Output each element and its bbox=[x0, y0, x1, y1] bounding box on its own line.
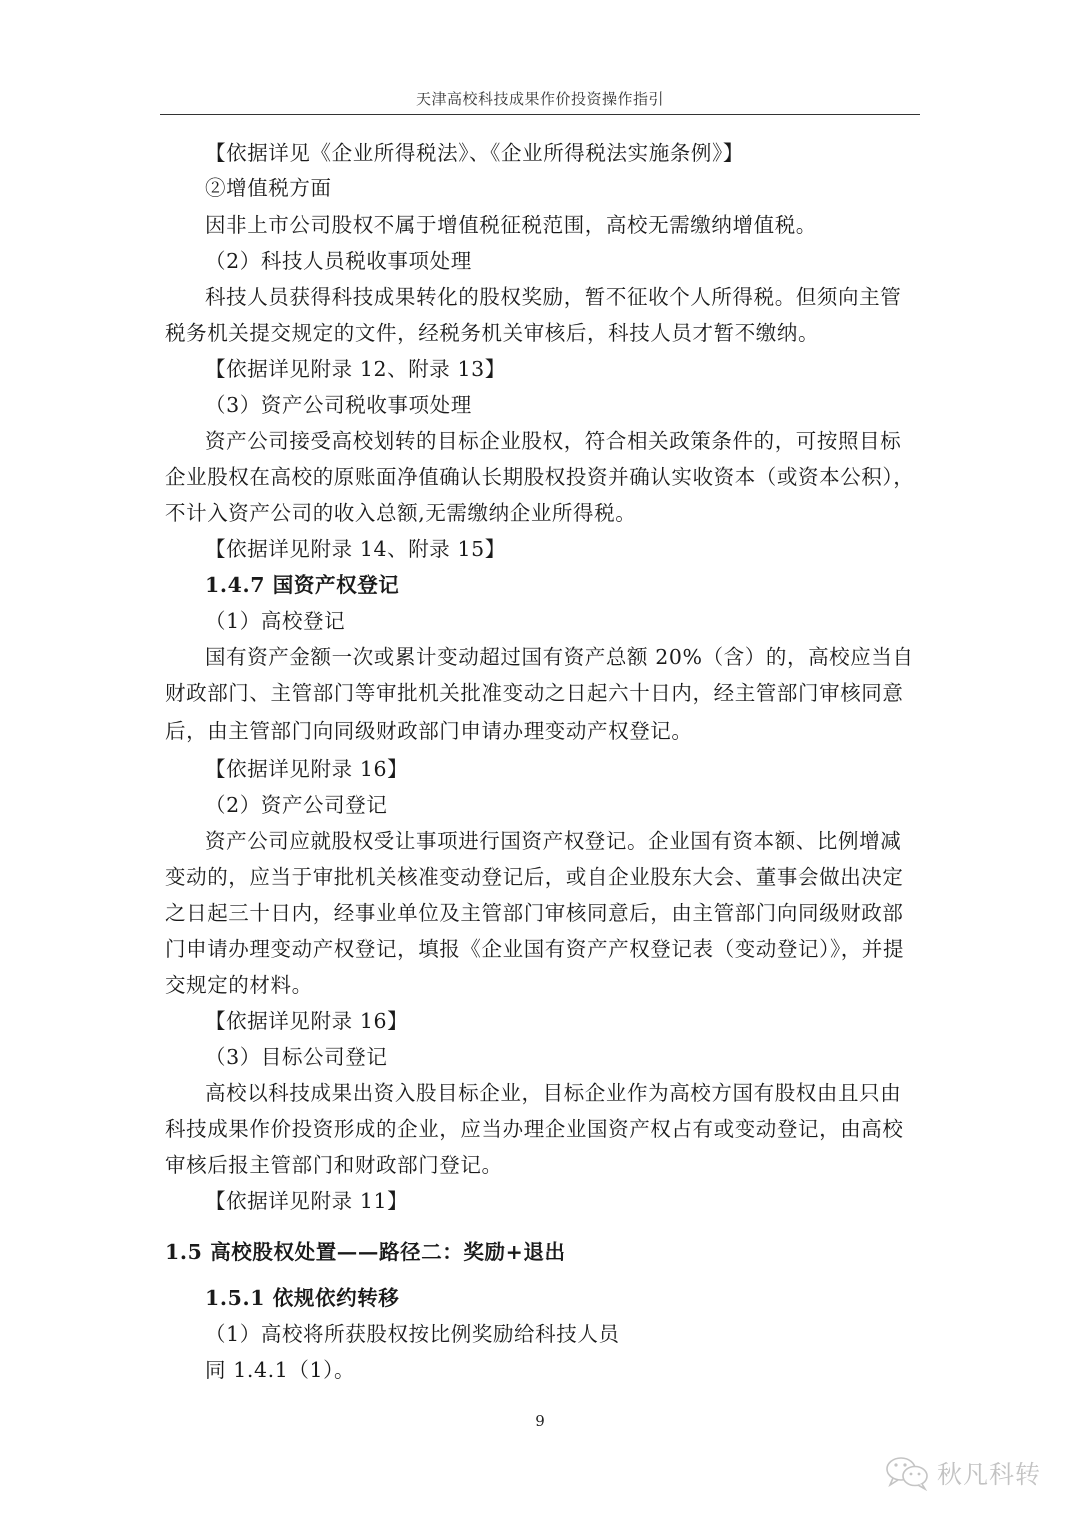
paragraph-line: 【依据详见附录 16】 bbox=[205, 1009, 920, 1033]
paragraph-line: 后，由主管部门向同级财政部门申请办理变动产权登记。 bbox=[165, 719, 920, 743]
paragraph-line: 财政部门、主管部门等审批机关批准变动之日起六十日内，经主管部门审核同意 bbox=[165, 681, 920, 705]
paragraph-line: 税务机关提交规定的文件，经税务机关审核后，科技人员才暂不缴纳。 bbox=[165, 321, 920, 345]
section-heading: 1.5.1 依规依约转移 bbox=[205, 1286, 920, 1310]
paragraph-line: 交规定的材料。 bbox=[165, 973, 920, 997]
paragraph-line: 不计入资产公司的收入总额,无需缴纳企业所得税。 bbox=[165, 501, 920, 525]
section-heading: 1.4.7 国资产权登记 bbox=[205, 573, 920, 597]
page-number: 9 bbox=[530, 1412, 550, 1430]
paragraph-line: 资产公司应就股权受让事项进行国资产权登记。企业国有资本额、比例增减 bbox=[205, 829, 920, 853]
paragraph-line: 国有资产金额一次或累计变动超过国有资产总额 20%（含）的，高校应当自 bbox=[205, 645, 920, 669]
paragraph-line: 【依据详见附录 16】 bbox=[205, 757, 920, 781]
paragraph-line: （3）资产公司税收事项处理 bbox=[205, 393, 920, 417]
paragraph-line: 【依据详见附录 11】 bbox=[205, 1189, 920, 1213]
running-header: 天津高校科技成果作价投资操作指引 bbox=[160, 88, 920, 109]
paragraph-line: 同 1.4.1（1）。 bbox=[205, 1358, 920, 1382]
paragraph-line: 因非上市公司股权不属于增值税征税范围，高校无需缴纳增值税。 bbox=[205, 213, 920, 237]
wechat-icon bbox=[885, 1455, 931, 1491]
paragraph-line: （1）高校将所获股权按比例奖励给科技人员 bbox=[205, 1322, 920, 1346]
paragraph-line: 审核后报主管部门和财政部门登记。 bbox=[165, 1153, 920, 1177]
paragraph-line: （2）科技人员税收事项处理 bbox=[205, 249, 920, 273]
paragraph-line: （3）目标公司登记 bbox=[205, 1045, 920, 1069]
paragraph-line: 【依据详见附录 12、附录 13】 bbox=[205, 357, 920, 381]
section-heading: 1.5 高校股权处置——路径二：奖励+退出 bbox=[165, 1240, 920, 1264]
paragraph-line: 门申请办理变动产权登记，填报《企业国有资产产权登记表（变动登记）》，并提 bbox=[165, 937, 920, 961]
paragraph-line: 变动的，应当于审批机关核准变动登记后，或自企业股东大会、董事会做出决定 bbox=[165, 865, 920, 889]
paragraph-line: 科技成果作价投资形成的企业，应当办理企业国资产权占有或变动登记，由高校 bbox=[165, 1117, 920, 1141]
paragraph-line: 企业股权在高校的原账面净值确认长期股权投资并确认实收资本（或资本公积）， bbox=[165, 465, 920, 489]
paragraph-line: 【依据详见附录 14、附录 15】 bbox=[205, 537, 920, 561]
watermark-text: 秋凡科转 bbox=[937, 1455, 1041, 1491]
paragraph-line: ②增值税方面 bbox=[205, 176, 920, 200]
paragraph-line: （2）资产公司登记 bbox=[205, 793, 920, 817]
paragraph-line: 【依据详见《企业所得税法》、《企业所得税法实施条例》】 bbox=[205, 141, 920, 165]
watermark: 秋凡科转 bbox=[885, 1455, 1041, 1491]
paragraph-line: （1）高校登记 bbox=[205, 609, 920, 633]
header-divider bbox=[160, 114, 920, 115]
paragraph-line: 资产公司接受高校划转的目标企业股权，符合相关政策条件的，可按照目标 bbox=[205, 429, 920, 453]
paragraph-line: 科技人员获得科技成果转化的股权奖励，暂不征收个人所得税。但须向主管 bbox=[205, 285, 920, 309]
paragraph-line: 高校以科技成果出资入股目标企业，目标企业作为高校方国有股权由且只由 bbox=[205, 1081, 920, 1105]
paragraph-line: 之日起三十日内，经事业单位及主管部门审核同意后，由主管部门向同级财政部 bbox=[165, 901, 920, 925]
